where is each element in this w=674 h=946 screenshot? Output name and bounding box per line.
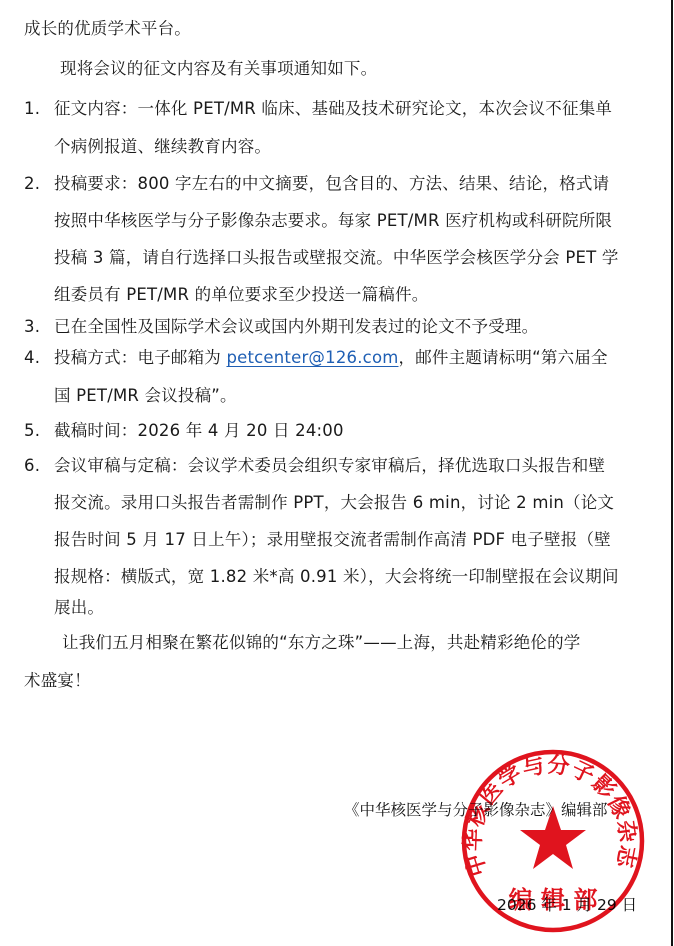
document-page: 成长的优质学术平台。 现将会议的征文内容及有关事项通知如下。 1. 征文内容：一… [0,0,674,946]
item-line: 已在全国性及国际学术会议或国内外期刊发表过的论文不予受理。 [54,316,538,338]
item-line: 报交流。录用口头报告者需制作 PPT，大会报告 6 min，讨论 2 min（论… [54,492,614,514]
item-line: 会议审稿与定稿：会议学术委员会组织专家审稿后，择优选取口头报告和壁 [54,455,605,477]
closing-line: 让我们五月相聚在繁花似锦的“东方之珠”——上海，共赴精彩绝伦的学 [62,632,581,654]
official-seal-stamp: 中华核医学与分子影像杂志 编 辑 部 [460,748,646,934]
item-number: 6. [24,455,40,477]
item-line: 截稿时间：2026 年 4 月 20 日 24:00 [54,420,344,442]
notice-intro: 现将会议的征文内容及有关事项通知如下。 [60,58,377,80]
item-line: 投稿 3 篇，请自行选择口头报告或壁报交流。中华医学会核医学分会 PET 学 [54,247,619,269]
item-line: 展出。 [54,597,104,619]
item-text: 投稿方式：电子邮箱为 [54,348,226,367]
item-line: 投稿方式：电子邮箱为 petcenter@126.com，邮件主题请标明“第六届… [54,347,608,369]
item-line: 投稿要求：800 字左右的中文摘要，包含目的、方法、结果、结论，格式请 [54,173,609,195]
seal-inner-text: 编 辑 部 [509,886,598,914]
item-line: 组委员有 PET/MR 的单位要求至少投送一篇稿件。 [54,284,428,306]
item-number: 1. [24,98,40,120]
item-line: 按照中华核医学与分子影像杂志要求。每家 PET/MR 医疗机构或科研院所限 [54,210,612,232]
item-number: 4. [24,347,40,369]
item-text: ，邮件主题请标明“第六届全 [399,348,608,367]
item-line: 国 PET/MR 会议投稿”。 [54,385,237,407]
item-number: 5. [24,420,40,442]
item-number: 3. [24,316,40,338]
intro-tail: 成长的优质学术平台。 [24,18,191,40]
email-link[interactable]: petcenter@126.com [226,348,398,367]
page-right-border [671,0,673,946]
item-line: 报告时间 5 月 17 日上午）；录用壁报交流者需制作高清 PDF 电子壁报（壁 [54,529,611,551]
item-number: 2. [24,173,40,195]
item-line: 征文内容：一体化 PET/MR 临床、基础及技术研究论文，本次会议不征集单 [54,98,612,120]
item-line: 报规格：横版式，宽 1.82 米*高 0.91 米），大会将统一印制壁报在会议期… [54,566,619,588]
item-line: 个病例报道、继续教育内容。 [54,136,271,158]
star-icon [520,806,586,869]
closing-line: 术盛宴！ [24,670,91,692]
